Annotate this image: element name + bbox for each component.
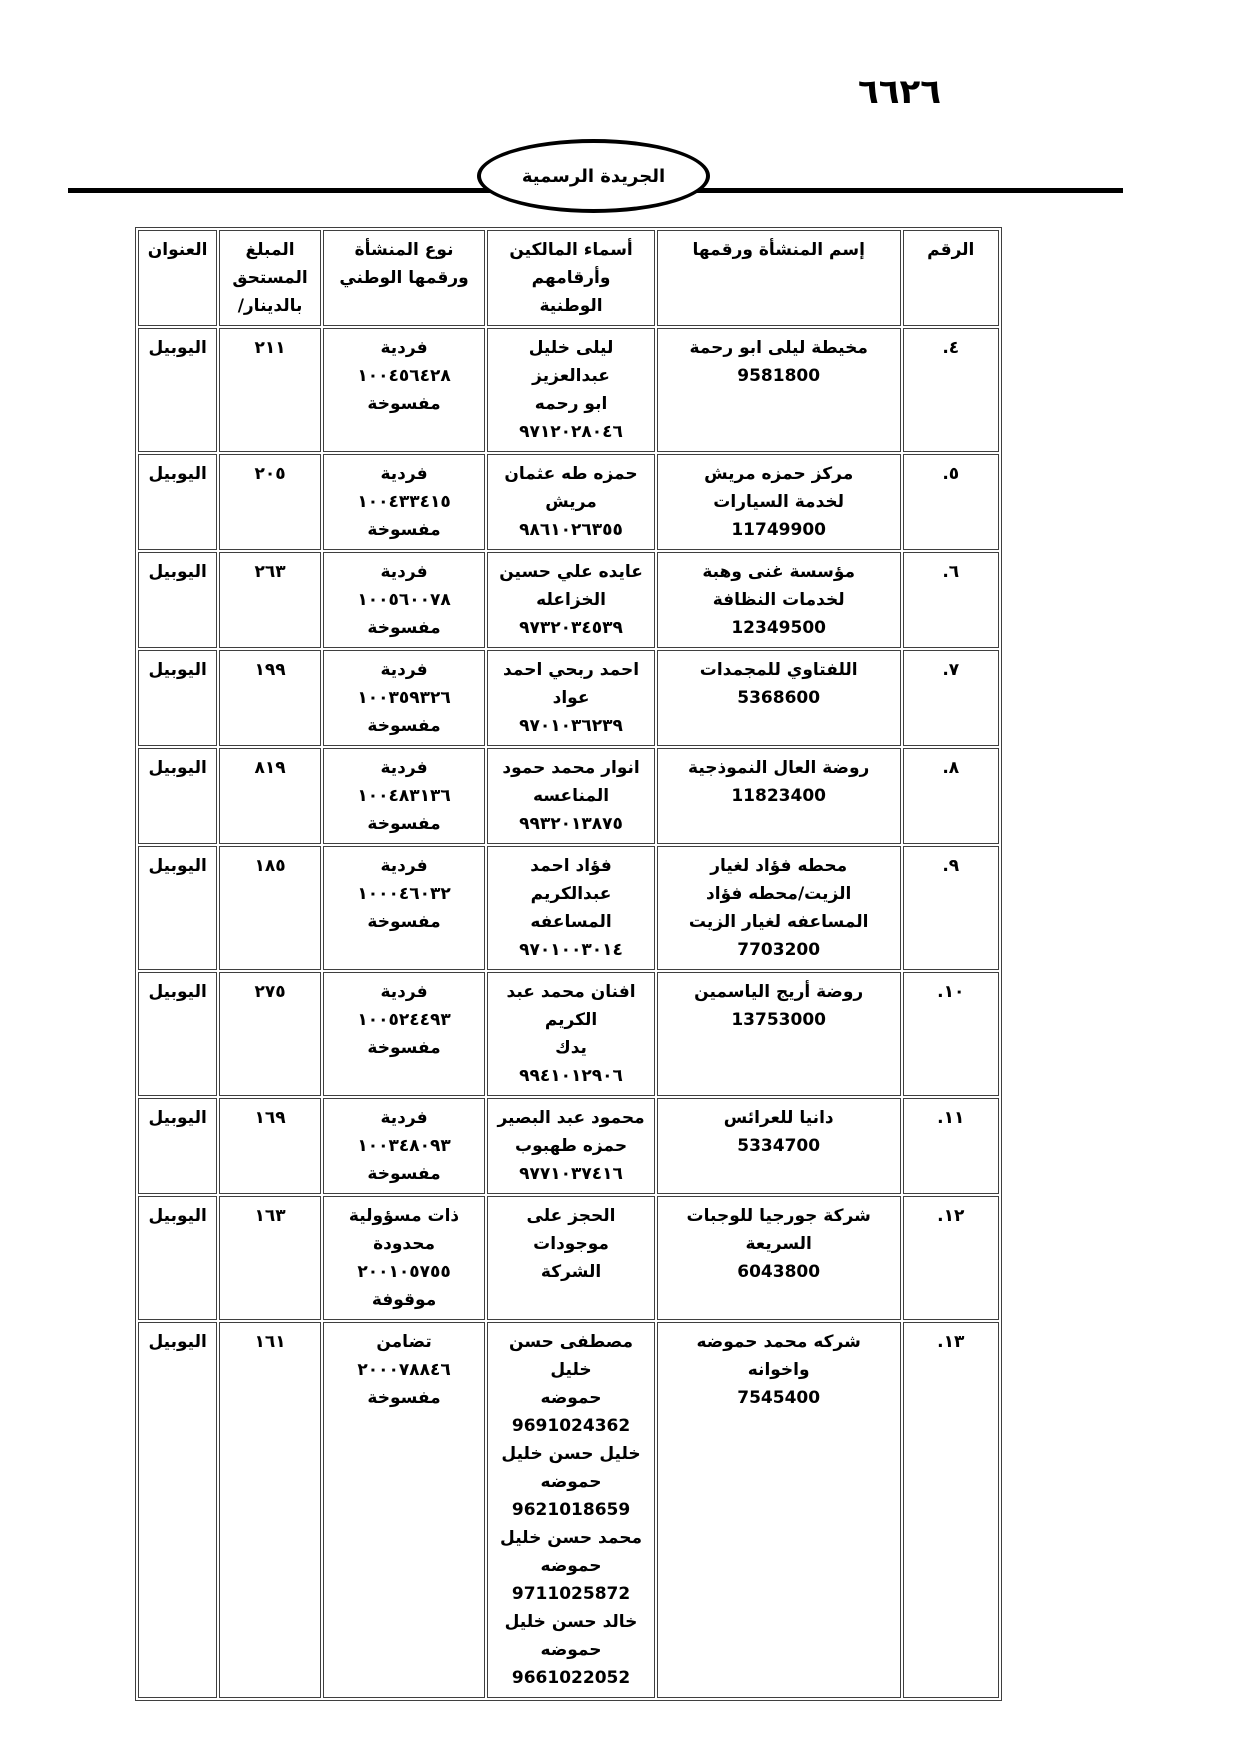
- cell-type: ذات مسؤولية محدودة ٢٠٠١٠٥٧٥٥ موقوفة: [323, 1196, 485, 1320]
- cell-type: فردية ١٠٠٣٥٩٣٢٦ مفسوخة: [323, 650, 485, 746]
- cell-address: اليوبيل: [138, 454, 217, 550]
- cell-owners: حمزه طه عثمان مريش ٩٨٦١٠٢٦٣٥٥: [487, 454, 655, 550]
- cell-establishment-name: اللفتاوي للمجمدات 5368600: [657, 650, 901, 746]
- table-row: ٧. اللفتاوي للمجمدات 5368600 احمد ربحي ا…: [138, 650, 999, 746]
- cell-type: فردية ١٠٠٣٤٨٠٩٣ مفسوخة: [323, 1098, 485, 1194]
- cell-num: ٧.: [903, 650, 999, 746]
- cell-num: ١٣.: [903, 1322, 999, 1698]
- table-row: ١٢. شركة جورجيا للوجبات السريعة 6043800 …: [138, 1196, 999, 1320]
- cell-type: فردية ١٠٠٤٨٣١٣٦ مفسوخة: [323, 748, 485, 844]
- banner-oval: الجريدة الرسمية: [477, 139, 710, 213]
- cell-owners: انوار محمد حمود المناعسه ٩٩٣٢٠١٣٨٧٥: [487, 748, 655, 844]
- cell-owners: محمود عبد البصير حمزه طهبوب ٩٧٧١٠٣٧٤١٦: [487, 1098, 655, 1194]
- cell-address: اليوبيل: [138, 846, 217, 970]
- cell-num: ١٠.: [903, 972, 999, 1096]
- cell-amount: ١٦١: [219, 1322, 321, 1698]
- cell-address: اليوبيل: [138, 748, 217, 844]
- cell-num: ٤.: [903, 328, 999, 452]
- cell-owners: الحجز على موجودات الشركة: [487, 1196, 655, 1320]
- cell-type: فردية ١٠٠٤٣٣٤١٥ مفسوخة: [323, 454, 485, 550]
- cell-amount: ١٦٩: [219, 1098, 321, 1194]
- cell-establishment-name: دانيا للعرائس 5334700: [657, 1098, 901, 1194]
- cell-type: تضامن ٢٠٠٠٧٨٨٤٦ مفسوخة: [323, 1322, 485, 1698]
- cell-establishment-name: شركه محمد حموضه واخوانه 7545400: [657, 1322, 901, 1698]
- cell-type: فردية ١٠٠٤٥٦٤٢٨ مفسوخة: [323, 328, 485, 452]
- cell-address: اليوبيل: [138, 328, 217, 452]
- gazette-page: { "page": { "page_number": "٦٦٢٦", "bann…: [0, 0, 1241, 1755]
- col-header-owners: أسماء المالكين وأرقامهم الوطنية: [487, 230, 655, 326]
- cell-owners: فؤاد احمد عبدالكريم المساعفه ٩٧٠١٠٠٣٠١٤: [487, 846, 655, 970]
- cell-establishment-name: روضة العال النموذجية 11823400: [657, 748, 901, 844]
- cell-establishment-name: روضة أريج الياسمين 13753000: [657, 972, 901, 1096]
- cell-establishment-name: محطه فؤاد لغيار الزيت/محطه فؤاد المساعفه…: [657, 846, 901, 970]
- cell-address: اليوبيل: [138, 552, 217, 648]
- cell-amount: ٢٠٥: [219, 454, 321, 550]
- cell-num: ٥.: [903, 454, 999, 550]
- cell-amount: ١٦٣: [219, 1196, 321, 1320]
- cell-address: اليوبيل: [138, 972, 217, 1096]
- cell-amount: ٢١١: [219, 328, 321, 452]
- cell-num: ١٢.: [903, 1196, 999, 1320]
- cell-owners: احمد ربحي احمد عواد ٩٧٠١٠٣٦٢٣٩: [487, 650, 655, 746]
- cell-num: ١١.: [903, 1098, 999, 1194]
- banner-title: الجريدة الرسمية: [522, 166, 665, 187]
- table-row: ٤. مخيطة ليلى ابو رحمة 9581800 ليلى خليل…: [138, 328, 999, 452]
- cell-address: اليوبيل: [138, 1196, 217, 1320]
- header-row: الرقم إسم المنشأة ورقمها أسماء المالكين …: [138, 230, 999, 326]
- cell-address: اليوبيل: [138, 650, 217, 746]
- cell-type: فردية ١٠٠٥٢٤٤٩٣ مفسوخة: [323, 972, 485, 1096]
- col-header-type: نوع المنشأة ورقمها الوطني: [323, 230, 485, 326]
- cell-establishment-name: مخيطة ليلى ابو رحمة 9581800: [657, 328, 901, 452]
- cell-num: ٨.: [903, 748, 999, 844]
- cell-address: اليوبيل: [138, 1322, 217, 1698]
- cell-amount: ٢٦٣: [219, 552, 321, 648]
- table-row: ٦. مؤسسة غنى وهبة لخدمات النظافة 1234950…: [138, 552, 999, 648]
- cell-type: فردية ١٠٠٠٤٦٠٣٢ مفسوخة: [323, 846, 485, 970]
- establishments-table: الرقم إسم المنشأة ورقمها أسماء المالكين …: [135, 227, 1002, 1701]
- col-header-establishment-name: إسم المنشأة ورقمها: [657, 230, 901, 326]
- table-row: ٨. روضة العال النموذجية 11823400 انوار م…: [138, 748, 999, 844]
- cell-address: اليوبيل: [138, 1098, 217, 1194]
- cell-num: ٩.: [903, 846, 999, 970]
- table-row: ١٠. روضة أريج الياسمين 13753000 افنان مح…: [138, 972, 999, 1096]
- table-row: ٥. مركز حمزه مريش لخدمة السيارات 1174990…: [138, 454, 999, 550]
- col-header-address: العنوان: [138, 230, 217, 326]
- cell-num: ٦.: [903, 552, 999, 648]
- cell-owners: عايده علي حسين الخزاعله ٩٧٣٢٠٣٤٥٣٩: [487, 552, 655, 648]
- cell-establishment-name: مركز حمزه مريش لخدمة السيارات 11749900: [657, 454, 901, 550]
- cell-amount: ١٩٩: [219, 650, 321, 746]
- cell-establishment-name: مؤسسة غنى وهبة لخدمات النظافة 12349500: [657, 552, 901, 648]
- table-row: ١٣. شركه محمد حموضه واخوانه 7545400 مصطف…: [138, 1322, 999, 1698]
- cell-owners: افنان محمد عبد الكريم يدك ٩٩٤١٠١٢٩٠٦: [487, 972, 655, 1096]
- table-row: ٩. محطه فؤاد لغيار الزيت/محطه فؤاد المسا…: [138, 846, 999, 970]
- cell-amount: ١٨٥: [219, 846, 321, 970]
- cell-type: فردية ١٠٠٥٦٠٠٧٨ مفسوخة: [323, 552, 485, 648]
- cell-owners: ليلى خليل عبدالعزيز ابو رحمه ٩٧١٢٠٢٨٠٤٦: [487, 328, 655, 452]
- cell-amount: ٨١٩: [219, 748, 321, 844]
- cell-establishment-name: شركة جورجيا للوجبات السريعة 6043800: [657, 1196, 901, 1320]
- col-header-amount: المبلغ المستحق بالدينار/: [219, 230, 321, 326]
- cell-amount: ٢٧٥: [219, 972, 321, 1096]
- page-number: ٦٦٢٦: [858, 72, 941, 112]
- cell-owners: مصطفى حسن خليل حموضه 9691024362 خليل حسن…: [487, 1322, 655, 1698]
- col-header-num: الرقم: [903, 230, 999, 326]
- table-row: ١١. دانيا للعرائس 5334700 محمود عبد البص…: [138, 1098, 999, 1194]
